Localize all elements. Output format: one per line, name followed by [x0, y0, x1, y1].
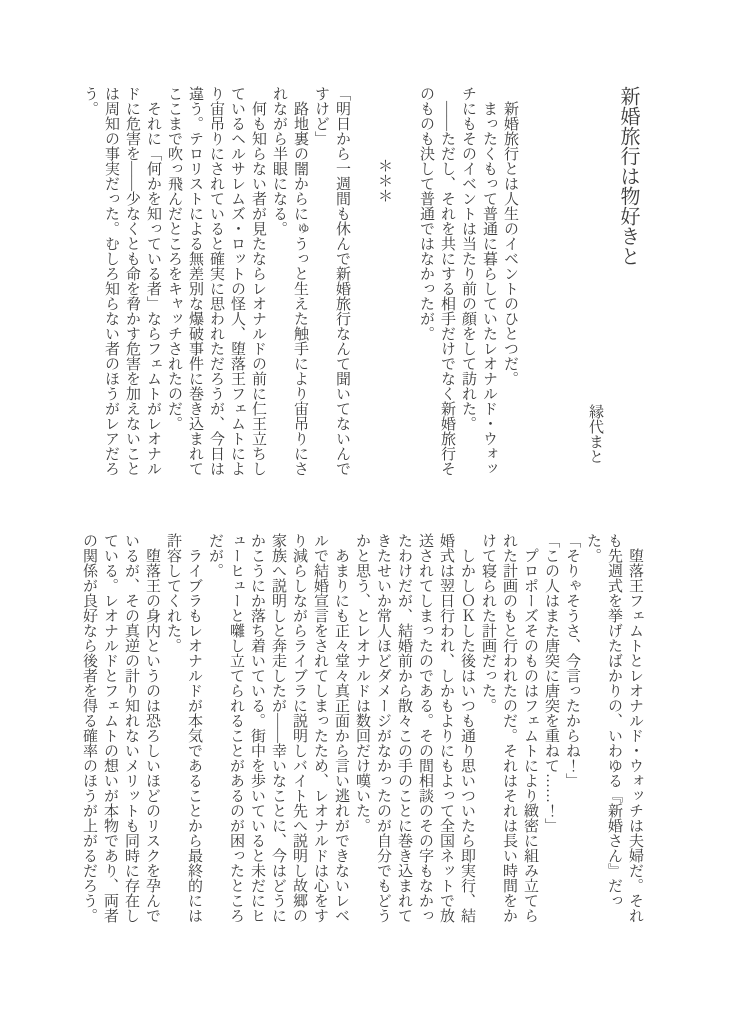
paragraph: まったくもって普通に暮らしていたレオナルド・ウォッチにもそのイベントは当たり前の…: [457, 86, 499, 478]
paragraph: それに「何かを知っている者」ならフェムトがレオナルドに危害を――少なくとも命を脅…: [79, 86, 163, 478]
opening-paragraphs: 新婚旅行とは人生のイベントのひとつだ。まったくもって普通に暮らしていたレオナルド…: [79, 86, 520, 478]
paragraph: プロポーズそのものはフェムトにより緻密に組み立てられた計画のもと行われたのだ。そ…: [477, 533, 540, 925]
author-name: 縁代まと: [584, 86, 605, 478]
opening-section: 新婚旅行は物好きと 縁代まと 新婚旅行とは人生のイベントのひとつだ。まったくもっ…: [83, 86, 645, 478]
paragraph: 「そりゃそうさ、今言ったからね！」: [561, 533, 582, 925]
paragraph: ――ただし、それを共にする相手だけでなく新婚旅行そのものも決して普通ではなかった…: [415, 86, 457, 478]
paragraph: 「この人はまた唐突に唐突を重ねて……！」: [540, 533, 561, 925]
paragraph: 「明日から一週間も休んで新婚旅行なんて聞いてないんですけど」: [310, 86, 352, 478]
paragraph: 堕落王フェムトとレオナルド・ウォッチは夫婦だ。それも先週式を挙げたばかりの、いわ…: [582, 533, 645, 925]
body-paragraphs: 堕落王フェムトとレオナルド・ウォッチは夫婦だ。それも先週式を挙げたばかりの、いわ…: [78, 533, 645, 925]
story-title: 新婚旅行は物好きと: [615, 86, 641, 478]
document-page: 新婚旅行は物好きと 縁代まと 新婚旅行とは人生のイベントのひとつだ。まったくもっ…: [0, 0, 730, 1024]
section-separator: ＊＊＊: [373, 86, 394, 478]
paragraph: 堕落王の身内というのは恐ろしいほどのリスクを孕んでいるが、その真逆の計り知れない…: [78, 533, 162, 925]
body-section: 堕落王フェムトとレオナルド・ウォッチは夫婦だ。それも先週式を挙げたばかりの、いわ…: [73, 533, 645, 925]
paragraph: しかしＯＫした後はいつも通り思いついたら即実行、結婚式は翌日行われ、しかもよりに…: [351, 533, 477, 925]
paragraph: 新婚旅行とは人生のイベントのひとつだ。: [499, 86, 520, 478]
paragraph: あまりにも正々堂々真正面から言い逃れができないレベルで結婚宣言をされてしまったた…: [204, 533, 351, 925]
paragraph: 何も知らない者が見たならレオナルドの前に仁王立ちしているヘルサレムズ・ロットの怪…: [163, 86, 268, 478]
paragraph: ライブラもレオナルドが本気であることから最終的には許容してくれた。: [162, 533, 204, 925]
paragraph: 路地裏の闇からにゅうっと生えた触手により宙吊りにされながら半眼になる。: [268, 86, 310, 478]
